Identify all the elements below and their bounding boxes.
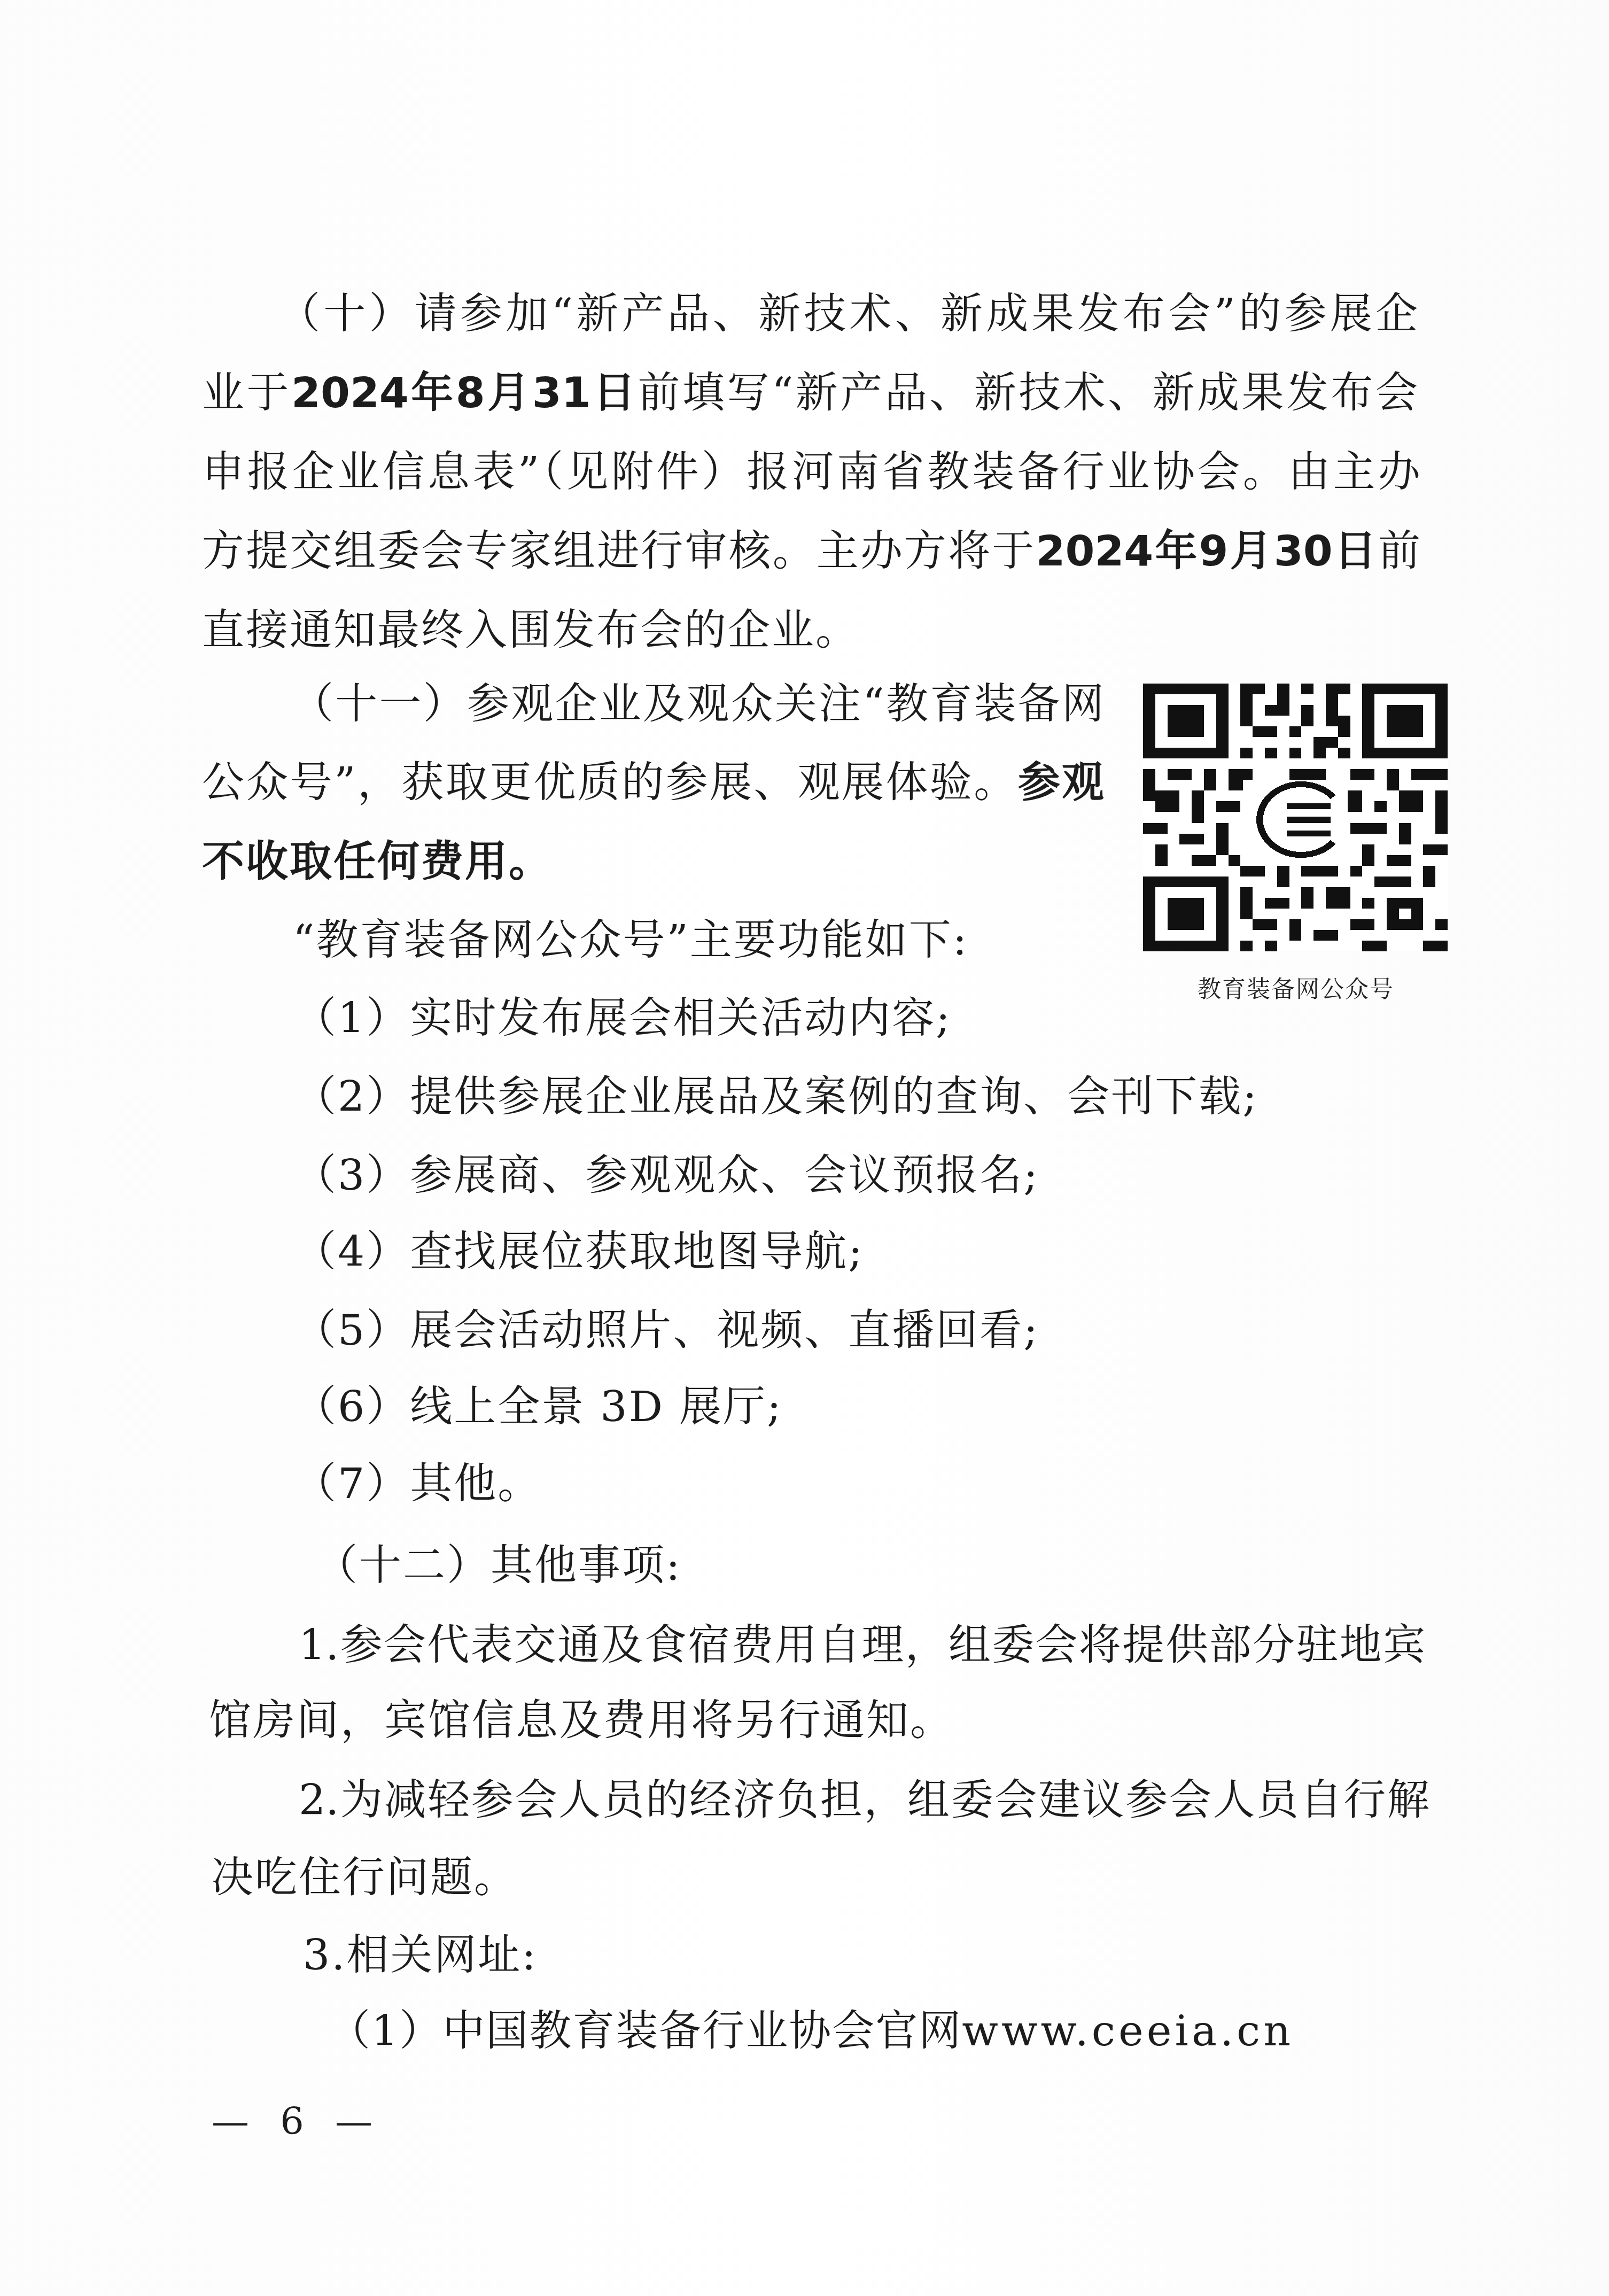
feature-item: （2）提供参展企业展品及案例的查询、会刊下载;: [294, 1070, 1258, 1123]
feature-item: （7）其他。: [294, 1457, 541, 1510]
section-11-line-2: 公众号”，获取更优质的参展、观展体验。参观: [202, 756, 1104, 809]
section-10-line-2: 业于2024年8月31日前填写“新产品、新技术、新成果发布会: [202, 366, 1418, 420]
related-links-heading: 3.相关网址:: [303, 1928, 538, 1982]
section-12-heading: （十二）其他事项:: [315, 1539, 682, 1592]
other-item-2-line-1: 2.为减轻参会人员的经济负担，组委会建议参会人员自行解: [299, 1773, 1429, 1827]
submit-deadline-date: 2024年8月31日: [291, 368, 638, 417]
free-visit-notice-line: 不收取任何费用。: [202, 835, 553, 888]
feature-item: （3）参展商、参观观众、会议预报名;: [294, 1149, 1039, 1202]
feature-item: （4）查找展位获取地图导航;: [294, 1225, 864, 1278]
section-10-line-5: 直接通知最终入围发布会的企业。: [202, 603, 859, 657]
qr-code-icon[interactable]: [1143, 684, 1448, 951]
text-segment: 业于: [202, 368, 291, 417]
other-item-2-line-2: 决吃住行问题。: [211, 1851, 518, 1904]
notify-deadline-date: 2024年9月30日: [1036, 526, 1378, 576]
text-segment: 公众号”，获取更优质的参展、观展体验。: [202, 758, 1018, 807]
logo-icon: [1243, 780, 1348, 859]
section-11-line-1: （十一）参观企业及观众关注“教育装备网: [291, 677, 1104, 731]
document-page: （十）请参加“新产品、新技术、新成果发布会”的参展企 业于2024年8月31日前…: [0, 0, 1609, 2296]
text-segment: 前填写“新产品、新技术、新成果发布会: [638, 368, 1418, 417]
section-10-line-1: （十）请参加“新产品、新技术、新成果发布会”的参展企: [278, 287, 1418, 340]
feature-item: （1）实时发布展会相关活动内容;: [294, 991, 952, 1045]
qr-caption: 教育装备网公众号: [1198, 977, 1393, 1003]
section-10-line-3: 申报企业信息表”（见附件）报河南省教装备行业协会。由主办: [202, 445, 1420, 499]
other-item-1-line-2: 馆房间，宾馆信息及费用将另行通知。: [209, 1694, 954, 1747]
free-visit-notice: 参观: [1018, 758, 1104, 807]
section-10-line-4: 方提交组委会专家组进行审核。主办方将于2024年9月30日前: [202, 524, 1420, 578]
feature-item: （6）线上全景 3D 展厅;: [294, 1380, 783, 1433]
features-intro: “教育装备网公众号”主要功能如下:: [293, 913, 968, 967]
page-number: — 6 —: [212, 2100, 382, 2143]
other-item-1-line-1: 1.参会代表交通及食宿费用自理，组委会将提供部分驻地宾: [299, 1618, 1425, 1672]
link-label: （1）中国教育装备行业协会官网: [328, 2006, 962, 2055]
ceeia-website-link[interactable]: www.ceeia.cn: [962, 2006, 1294, 2055]
text-segment: 方提交组委会专家组进行审核。主办方将于: [202, 526, 1036, 576]
link-item: （1）中国教育装备行业协会官网www.ceeia.cn: [328, 2004, 1294, 2058]
feature-item: （5）展会活动照片、视频、直播回看;: [294, 1304, 1039, 1357]
text-segment: 前: [1378, 526, 1420, 576]
